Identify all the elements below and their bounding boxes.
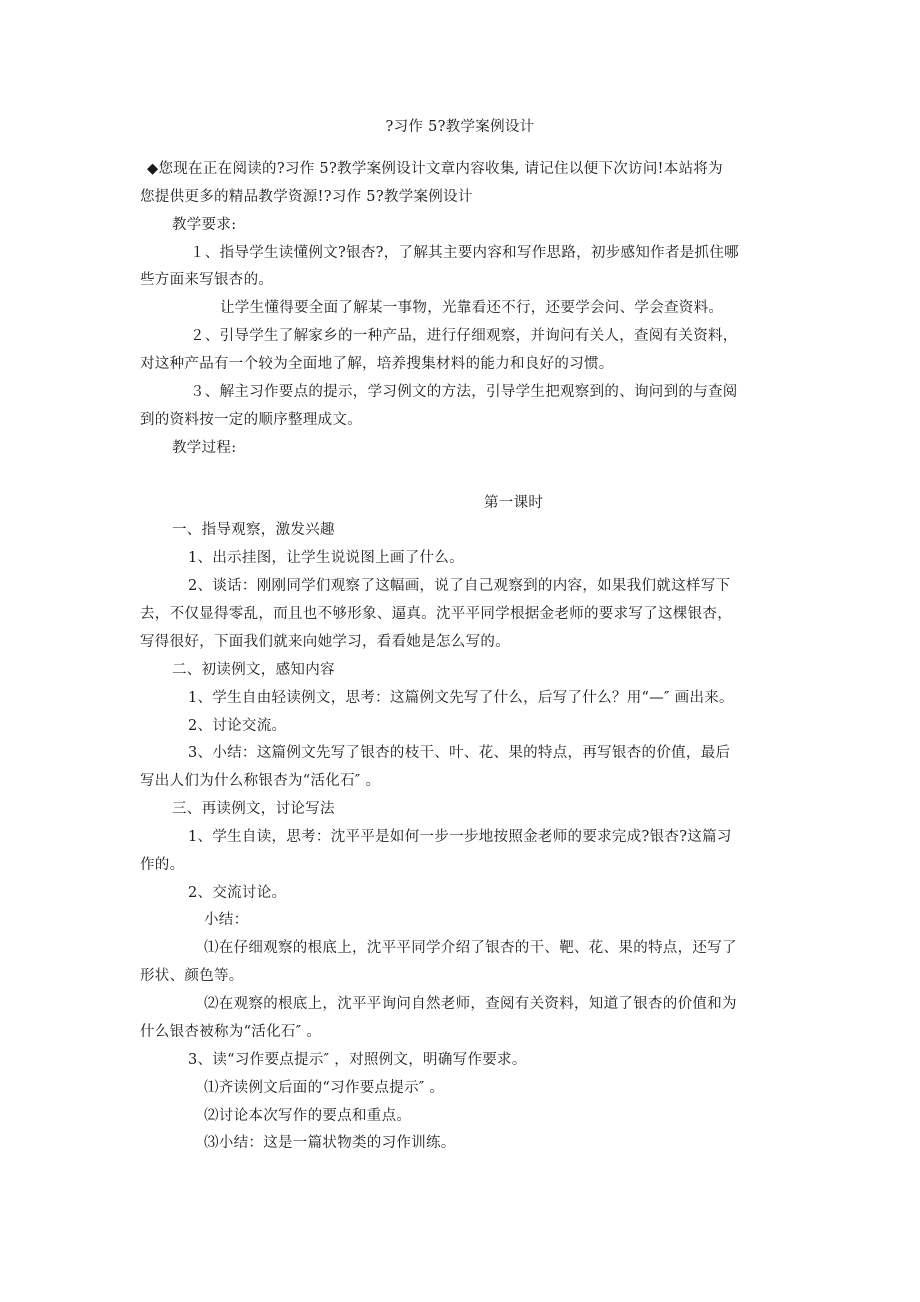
requirement-3-line-2: 到的资料按一定的顺序整理成文。 <box>140 410 362 430</box>
part-2-heading: 二、初读例文，感知内容 <box>172 660 335 680</box>
requirement-1-extra: 让学生懂得要全面了解某一事物，光靠看还不行，还要学会问、学会查资料。 <box>220 298 723 318</box>
part-3-step-3-c: ⑶小结：这是一篇状物类的习作训练。 <box>204 1133 456 1153</box>
part-1-step-2-line-3: 写得很好，下面我们就来向她学习，看看她是怎么写的。 <box>140 632 510 652</box>
part-3-step-2: 2、交流讨论。 <box>188 883 286 903</box>
lesson-1-heading: 第一课时 <box>484 493 543 513</box>
part-3-summary-label: 小结： <box>204 910 248 930</box>
part-3-step-3: 3、读“习作要点提示″ ，对照例文，明确写作要求。 <box>188 1050 527 1070</box>
document-title: ?习作 5?教学案例设计 <box>0 117 920 137</box>
part-2-step-2: 2、讨论交流。 <box>188 716 286 736</box>
part-2-step-3-line-1: 3、小结：这篇例文先写了银杏的枝干、叶、花、果的特点，再写银杏的价值，最后 <box>188 743 730 763</box>
requirement-3-line-1: ３、解主习作要点的提示，学习例文的方法，引导学生把观察到的、询问到的与查阅 <box>190 382 738 402</box>
intro-line-1: ◆您现在正在阅读的?习作 5?教学案例设计文章内容收集, 请记住以便下次访问!本… <box>147 159 723 179</box>
requirement-1-line-2: 些方面来写银杏的。 <box>140 270 273 290</box>
part-3-summary-1-line-2: 形状、颜色等。 <box>140 966 244 986</box>
part-1-step-1: 1、出示挂图，让学生说说图上画了什么。 <box>188 548 464 568</box>
requirement-2-line-2: 对这种产品有一个较为全面地了解，培养搜集材料的能力和良好的习惯。 <box>140 354 614 374</box>
part-3-step-3-b: ⑵讨论本次写作的要点和重点。 <box>204 1106 411 1126</box>
part-2-step-1: 1、学生自由轻读例文，思考：这篇例文先写了什么，后写了什么？用“—″ 画出来。 <box>188 688 734 708</box>
part-3-heading: 三、再读例文，讨论写法 <box>172 799 335 819</box>
part-1-heading: 一、指导观察，激发兴趣 <box>172 520 335 540</box>
part-3-step-1-line-2: 作的。 <box>140 855 184 875</box>
part-3-step-3-a: ⑴齐读例文后面的“习作要点提示″ 。 <box>204 1078 444 1098</box>
part-3-summary-2-line-2: 什么银杏被称为“活化石″ 。 <box>140 1022 321 1042</box>
requirements-heading: 教学要求: <box>172 215 236 235</box>
requirement-1-line-1: １、指导学生读懂例文?银杏?，了解其主要内容和写作思路，初步感知作者是抓住哪 <box>190 243 739 263</box>
intro-line-2: 您提供更多的精品教学资源!?习作 5?教学案例设计 <box>140 187 473 207</box>
part-3-summary-2-line-1: ⑵在观察的根底上，沈平平询问自然老师，查阅有关资料，知道了银杏的价值和为 <box>204 994 737 1014</box>
part-3-summary-1-line-1: ⑴在仔细观察的根底上，沈平平同学介绍了银杏的干、靶、花、果的特点，还写了 <box>204 938 737 958</box>
part-2-step-3-line-2: 写出人们为什么称银杏为“活化石″ 。 <box>140 771 380 791</box>
part-1-step-2-line-1: 2、谈话：刚刚同学们观察了这幅画，说了自己观察到的内容，如果我们就这样写下 <box>188 576 730 596</box>
process-heading: 教学过程: <box>172 438 236 458</box>
document-page: ?习作 5?教学案例设计 ◆您现在正在阅读的?习作 5?教学案例设计文章内容收集… <box>0 0 920 1302</box>
requirement-2-line-1: ２、引导学生了解家乡的一种产品，进行仔细观察，并询问有关人，查阅有关资料， <box>190 326 738 346</box>
part-1-step-2-line-2: 去，不仅显得零乱，而且也不够形象、逼真。沈平平同学根据金老师的要求写了这棵银杏， <box>140 604 732 624</box>
part-3-step-1-line-1: 1、学生自读，思考：沈平平是如何一步一步地按照金老师的要求完成?银杏?这篇习 <box>188 827 732 847</box>
